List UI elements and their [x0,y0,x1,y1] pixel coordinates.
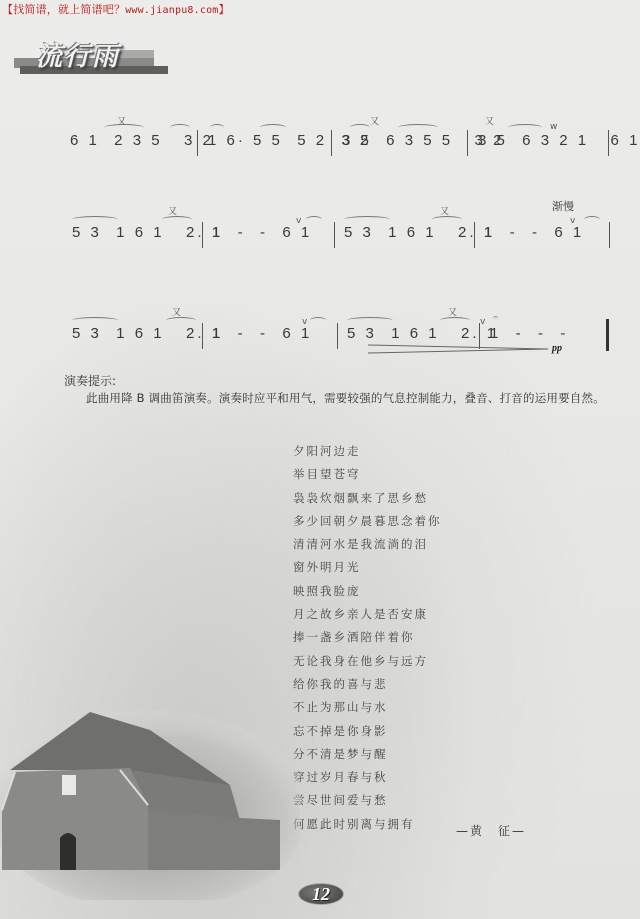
bar-line [331,130,332,156]
slur [440,317,470,324]
bar-line [202,222,203,248]
poem-line: 穿过岁月春与秋 [293,766,442,789]
poem-line: 忘不掉是你身影 [293,720,442,743]
bar-line [197,130,198,156]
score-system-3: 5 3 1 6 1 2. 1 1 - - 6 1 5 3 1 6 1 2. 1 … [60,305,620,365]
final-bar-line [606,319,609,351]
poem-line: 给你我的喜与悲 [293,673,442,696]
poem-line: 尝尽世间爱与愁 [293,789,442,812]
slur [350,124,370,131]
slur [310,317,326,324]
poem-line: 不止为那山与水 [293,696,442,719]
poem-line: 多少回朝夕晨暮思念着你 [293,510,442,533]
slur [166,317,196,324]
mordent-mark: w [550,122,557,132]
poem-line: 捧一盏乡酒陪伴着你 [293,626,442,649]
performance-hint-title: 演奏提示: [64,372,116,389]
measure: 6 1 2 3 5 3 2 [70,132,214,149]
poem-line: 何愿此时别离与拥有 [293,813,442,836]
fermata-icon: 𝄐 [493,313,498,323]
bar-line [337,323,338,349]
site-banner[interactable]: 【找简谱，就上简谱吧？www.jianpu8.com】 [2,1,230,17]
score-system-1: 6 1 2 3 5 3 2 1 6· 5 5 5 2 3 2 3 5 6 3 5… [60,112,620,172]
score-system-2: 5 3 1 6 1 2. 1 1 - - 6 1 5 3 1 6 1 2. 1 … [60,204,620,264]
slur [508,124,542,131]
slur [72,317,118,324]
poem-line: 月之故乡亲人是否安康 [293,603,442,626]
ornament-mark: 又 [370,114,379,127]
measure: 5 3 1 6 1 2. 1 [72,325,223,342]
measure: 5 3 1 6 1 2. 1 [344,224,495,241]
banner-text: 【找简谱，就上简谱吧？ [2,3,125,16]
slur [210,124,224,131]
measure: 3 5 6 3 2 1 6 1 [478,132,640,149]
slur [432,216,462,223]
performance-hint-text: 此曲用降 B 调曲笛演奏。演奏时应平和用气，需要较强的气息控制能力，叠音、打音的… [86,390,605,406]
banner-url[interactable]: www.jianpu8.com [125,5,218,16]
slur [260,124,286,131]
bar-line [202,323,203,349]
farmhouse-illustration [0,700,300,900]
bar-line [474,222,475,248]
poem-line: 无论我身在他乡与远方 [293,650,442,673]
bar-line [608,130,609,156]
lyrics-poem: 夕阳河边走 举目望苍穹 袅袅炊烟飘来了思乡愁 多少回朝夕晨暮思念着你 清清河水是… [293,440,442,836]
slur [584,216,600,223]
measure: 1 - - - [490,325,568,342]
poem-line: 袅袅炊烟飘来了思乡愁 [293,487,442,510]
bar-line [334,222,335,248]
slur [344,216,390,223]
measure: 5 3 1 6 1 2. 1 [347,325,498,342]
measure: 5 3 1 6 1 2. 1 [72,224,223,241]
slur [170,124,190,131]
dynamic-pp: pp [552,343,562,354]
poem-line: 清清河水是我流淌的泪 [293,533,442,556]
song-title-block: 流行雨 [14,36,164,76]
slur [306,216,322,223]
bar-line [467,130,468,156]
bar-line [609,222,610,248]
slur [72,216,118,223]
breath-mark: v [302,317,307,327]
page-number-badge: 12 [298,883,344,905]
breath-mark: v [480,317,485,327]
measure: 1 - - 6 1 [212,325,312,342]
breath-mark: v [296,216,301,226]
poem-line: 举目望苍穹 [293,463,442,486]
poem-line: 夕阳河边走 [293,440,442,463]
ornament-mark: 又 [485,114,494,127]
poem-author: —黄 征— [456,822,526,839]
song-title: 流行雨 [36,36,120,73]
decrescendo-hairpin [368,343,548,355]
banner-close: 】 [219,3,230,16]
slur [347,317,393,324]
slur [398,124,438,131]
slur [104,124,144,131]
measure: 1 - - 6 1 [484,224,584,241]
tempo-marking: 渐慢 [552,198,574,214]
page-number: 12 [299,884,343,904]
measure: 1 - - 6 1 [212,224,312,241]
poem-line: 映照我脸庞 [293,580,442,603]
poem-line: 分不清是梦与醒 [293,743,442,766]
breath-mark: v [570,216,575,226]
slur [162,216,192,223]
poem-line: 窗外明月光 [293,556,442,579]
